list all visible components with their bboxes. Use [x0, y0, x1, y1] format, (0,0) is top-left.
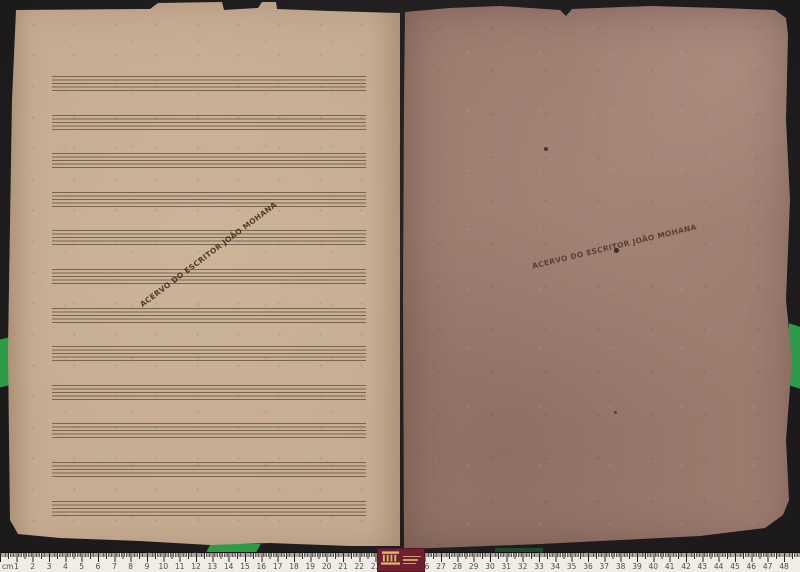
staff-lines — [52, 76, 366, 539]
ruler-number: 22 — [355, 562, 365, 572]
ruler-number: 19 — [306, 562, 316, 572]
ruler-number: 10 — [159, 562, 169, 572]
ruler-number: 37 — [600, 562, 610, 572]
ruler-number: 3 — [47, 562, 52, 572]
staff — [52, 385, 366, 400]
ruler-number: 42 — [681, 562, 691, 572]
ruler-number: 12 — [191, 562, 201, 572]
ruler-number: 36 — [583, 562, 593, 572]
building-icon — [381, 551, 400, 570]
ruler-number: 4 — [63, 562, 68, 572]
ruler-number: 5 — [79, 562, 84, 572]
ruler-number: 7 — [112, 562, 117, 572]
ruler-number: 38 — [616, 562, 626, 572]
archive-logo — [377, 548, 425, 572]
ruler-number: 27 — [436, 562, 446, 572]
ruler-number: 13 — [208, 562, 218, 572]
ruler-number: 11 — [175, 562, 185, 572]
ruler-number: 35 — [567, 562, 577, 572]
ruler-number: 1 — [14, 562, 19, 572]
ruler-unit-label: cm — [2, 562, 13, 572]
staff — [52, 501, 366, 516]
cover-speck — [614, 411, 617, 414]
right-page-back-cover: ACERVO DO ESCRITOR JOÃO MOHANA — [402, 0, 800, 552]
ruler-number: 18 — [289, 562, 299, 572]
cover-speck — [544, 147, 548, 151]
ruler-number: 29 — [469, 562, 479, 572]
left-page-staff-paper: ACERVO DO ESCRITOR JOÃO MOHANA — [8, 0, 400, 550]
ruler-number: 46 — [747, 562, 757, 572]
staff — [52, 153, 366, 168]
ruler-number: 9 — [145, 562, 150, 572]
ruler-number: 2 — [30, 562, 35, 572]
ruler-number: 39 — [632, 562, 642, 572]
ruler-number: 48 — [779, 562, 789, 572]
ruler-number: 14 — [224, 562, 234, 572]
ruler-number: 17 — [273, 562, 283, 572]
ruler-number: 45 — [730, 562, 740, 572]
ink-dot — [614, 248, 619, 253]
ruler-number: 28 — [453, 562, 463, 572]
ruler-number: 15 — [240, 562, 250, 572]
staff — [52, 462, 366, 477]
logo-text-lines — [403, 556, 421, 565]
ruler-number: 44 — [714, 562, 724, 572]
ruler-number: 33 — [534, 562, 544, 572]
staff — [52, 269, 366, 284]
ruler-number: 43 — [698, 562, 708, 572]
archive-stamp-right: ACERVO DO ESCRITOR JOÃO MOHANA — [531, 222, 697, 270]
ruler-number: 20 — [322, 562, 332, 572]
ruler-number: 40 — [649, 562, 659, 572]
ruler-number: 16 — [257, 562, 267, 572]
ruler-number: 34 — [551, 562, 561, 572]
ruler-number: 30 — [485, 562, 495, 572]
staff — [52, 192, 366, 207]
ruler-number: 31 — [502, 562, 512, 572]
staff — [52, 230, 366, 245]
ruler-number: 32 — [518, 562, 528, 572]
staff — [52, 76, 366, 91]
staff — [52, 115, 366, 130]
ruler-number: 47 — [763, 562, 773, 572]
staff — [52, 346, 366, 361]
ruler-number: 21 — [338, 562, 348, 572]
staff — [52, 423, 366, 438]
ruler-number: 6 — [96, 562, 101, 572]
ruler-number: 41 — [665, 562, 675, 572]
ruler-number: 8 — [128, 562, 133, 572]
staff — [52, 308, 366, 323]
